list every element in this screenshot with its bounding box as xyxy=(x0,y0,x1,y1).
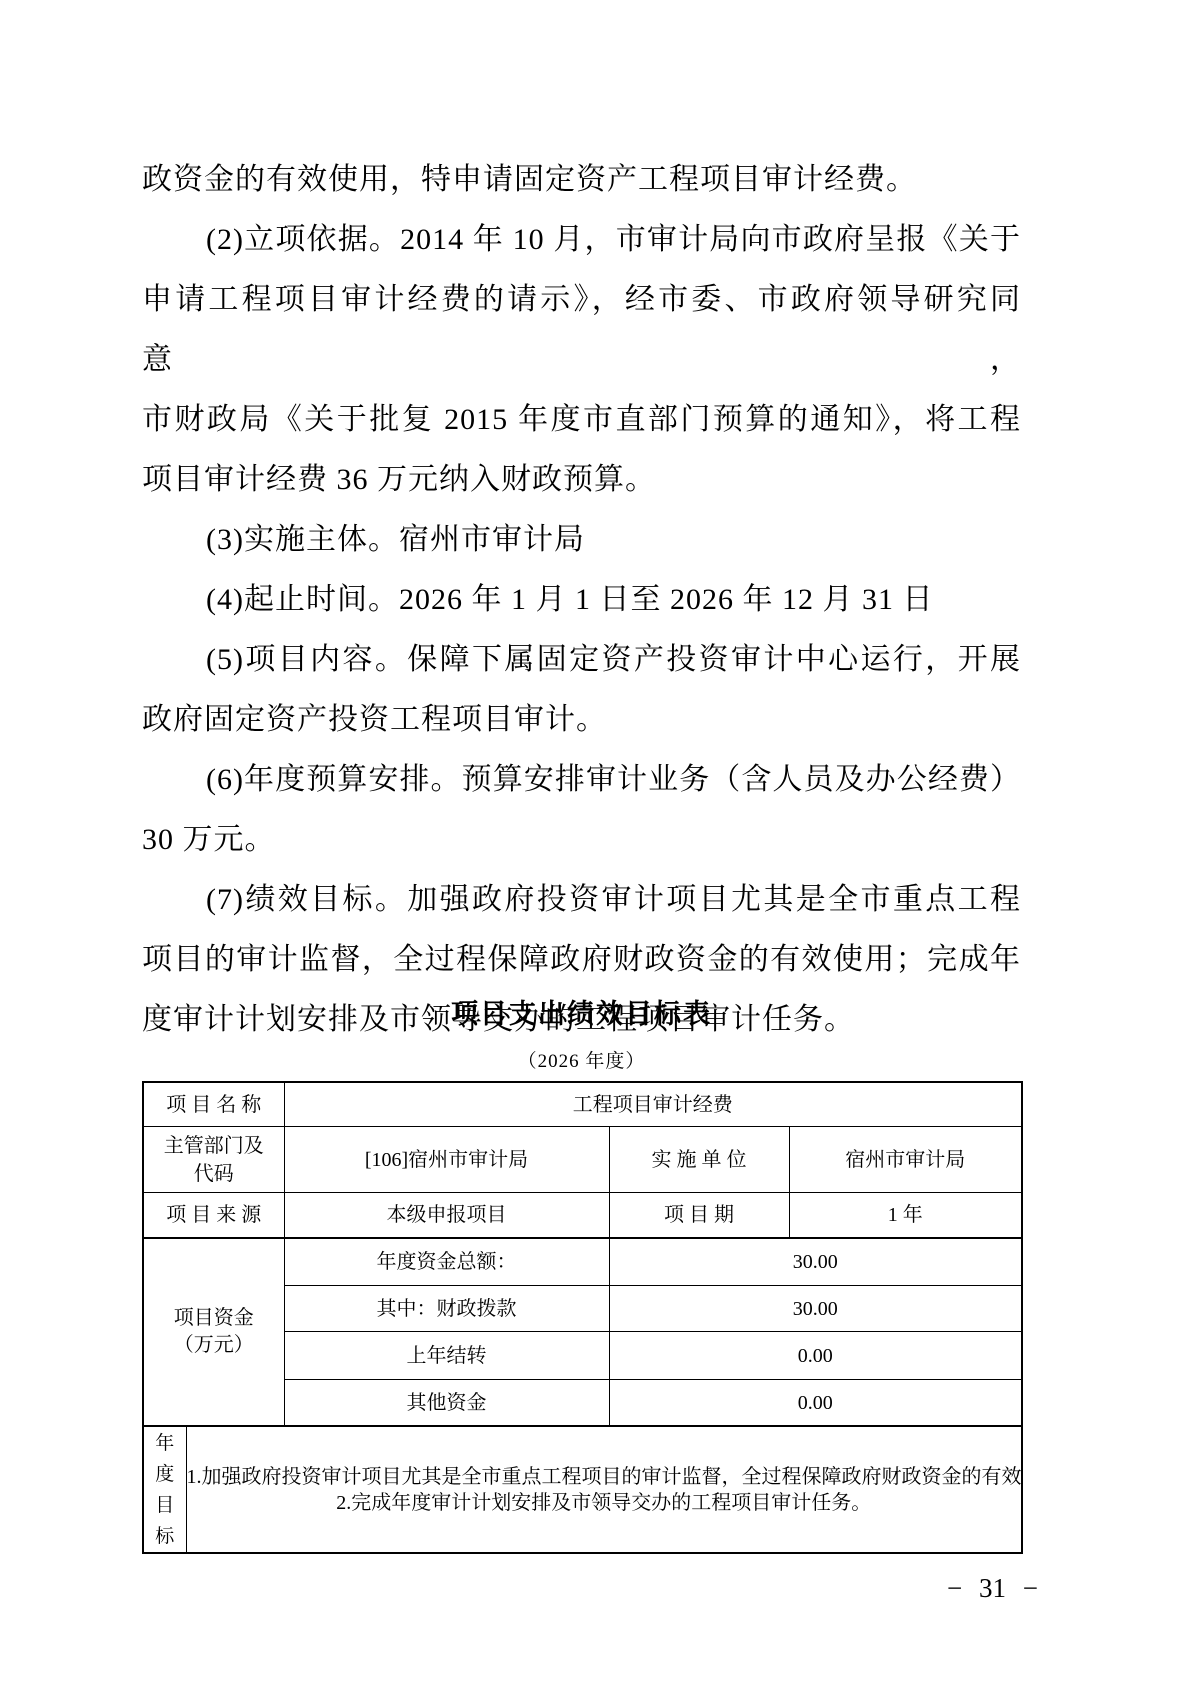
body-line: 项目审计经费 36 万元纳入财政预算。 xyxy=(142,450,1021,510)
annual-goal-line: 1.加强政府投资审计项目尤其是全市重点工程项目的审计监督，全过程保障政府财政资金… xyxy=(187,1464,1022,1490)
table-row: 年度目标 1.加强政府投资审计项目尤其是全市重点工程项目的审计监督，全过程保障政… xyxy=(143,1426,1022,1553)
table-row: 项目资金 （万元） 年度资金总额： 30.00 xyxy=(143,1238,1022,1286)
performance-target-table: 项目名称 工程项目审计经费 主管部门及代码 [106]宿州市审计局 实施单位 宿… xyxy=(142,1081,1023,1554)
funds-carryover-value: 0.00 xyxy=(609,1332,1022,1380)
annual-goals-content: 1.加强政府投资审计项目尤其是全市重点工程项目的审计监督，全过程保障政府财政资金… xyxy=(186,1426,1022,1553)
annual-goal-line: 2.完成年度审计计划安排及市领导交办的工程项目审计任务。 xyxy=(187,1490,1022,1516)
body-line: (4)起止时间。2026 年 1 月 1 日至 2026 年 12 月 31 日 xyxy=(142,570,1021,630)
body-line: 市财政局《关于批复 2015 年度市直部门预算的通知》，将工程 xyxy=(142,390,1021,450)
body-line: 申请工程项目审计经费的请示》，经市委、市政府领导研究同意， xyxy=(142,270,1021,390)
funds-total-label: 年度资金总额： xyxy=(284,1238,609,1286)
project-funds-label-line1: 项目资金 xyxy=(144,1305,284,1332)
annual-goals-label: 年度目标 xyxy=(143,1426,186,1553)
funds-carryover-label: 上年结转 xyxy=(284,1332,609,1380)
table-row: 项目来源 本级申报项目 项目期 1 年 xyxy=(143,1193,1022,1239)
project-funds-label: 项目资金 （万元） xyxy=(143,1238,284,1426)
body-line: (5)项目内容。保障下属固定资产投资审计中心运行，开展 xyxy=(142,630,1021,690)
funds-other-value: 0.00 xyxy=(609,1380,1022,1427)
body-line: 政府固定资产投资工程项目审计。 xyxy=(142,690,1021,750)
table-title: 项目支出绩效目标表 xyxy=(142,993,1021,1035)
project-source-value: 本级申报项目 xyxy=(284,1193,609,1239)
implement-unit-value: 宿州市审计局 xyxy=(789,1127,1022,1193)
funds-total-value: 30.00 xyxy=(609,1238,1022,1286)
page-number: − 31 − xyxy=(947,1573,1038,1603)
body-line: (7)绩效目标。加强政府投资审计项目尤其是全市重点工程 xyxy=(142,870,1021,930)
project-period-value: 1 年 xyxy=(789,1193,1022,1239)
body-line: (2)立项依据。2014 年 10 月，市审计局向市政府呈报《关于 xyxy=(142,210,1021,270)
project-name-value: 工程项目审计经费 xyxy=(284,1082,1022,1127)
department-label: 主管部门及代码 xyxy=(143,1127,284,1193)
project-period-label: 项目期 xyxy=(609,1193,789,1239)
department-code-value: [106]宿州市审计局 xyxy=(284,1127,609,1193)
funds-fiscal-value: 30.00 xyxy=(609,1286,1022,1332)
table-year-label: （2026 年度） xyxy=(142,1048,1021,1076)
annual-goals-label-text: 年度目标 xyxy=(154,1428,175,1552)
body-line: 30 万元。 xyxy=(142,810,1021,870)
body-line: (6)年度预算安排。预算安排审计业务（含人员及办公经费） xyxy=(142,750,1021,810)
project-name-label: 项目名称 xyxy=(143,1082,284,1127)
table-row: 主管部门及代码 [106]宿州市审计局 实施单位 宿州市审计局 xyxy=(143,1127,1022,1193)
project-source-label: 项目来源 xyxy=(143,1193,284,1239)
table-row: 项目名称 工程项目审计经费 xyxy=(143,1082,1022,1127)
implement-unit-label: 实施单位 xyxy=(609,1127,789,1193)
body-text: 政资金的有效使用，特申请固定资产工程项目审计经费。 (2)立项依据。2014 年… xyxy=(142,150,1021,1050)
body-line: (3)实施主体。宿州市审计局 xyxy=(142,510,1021,570)
project-funds-label-line2: （万元） xyxy=(144,1332,284,1359)
funds-other-label: 其他资金 xyxy=(284,1380,609,1427)
body-line: 政资金的有效使用，特申请固定资产工程项目审计经费。 xyxy=(142,150,1021,210)
funds-fiscal-label: 其中：财政拨款 xyxy=(284,1286,609,1332)
body-line: 项目的审计监督，全过程保障政府财政资金的有效使用；完成年 xyxy=(142,930,1021,990)
document-page: 政资金的有效使用，特申请固定资产工程项目审计经费。 (2)立项依据。2014 年… xyxy=(0,0,1190,1683)
